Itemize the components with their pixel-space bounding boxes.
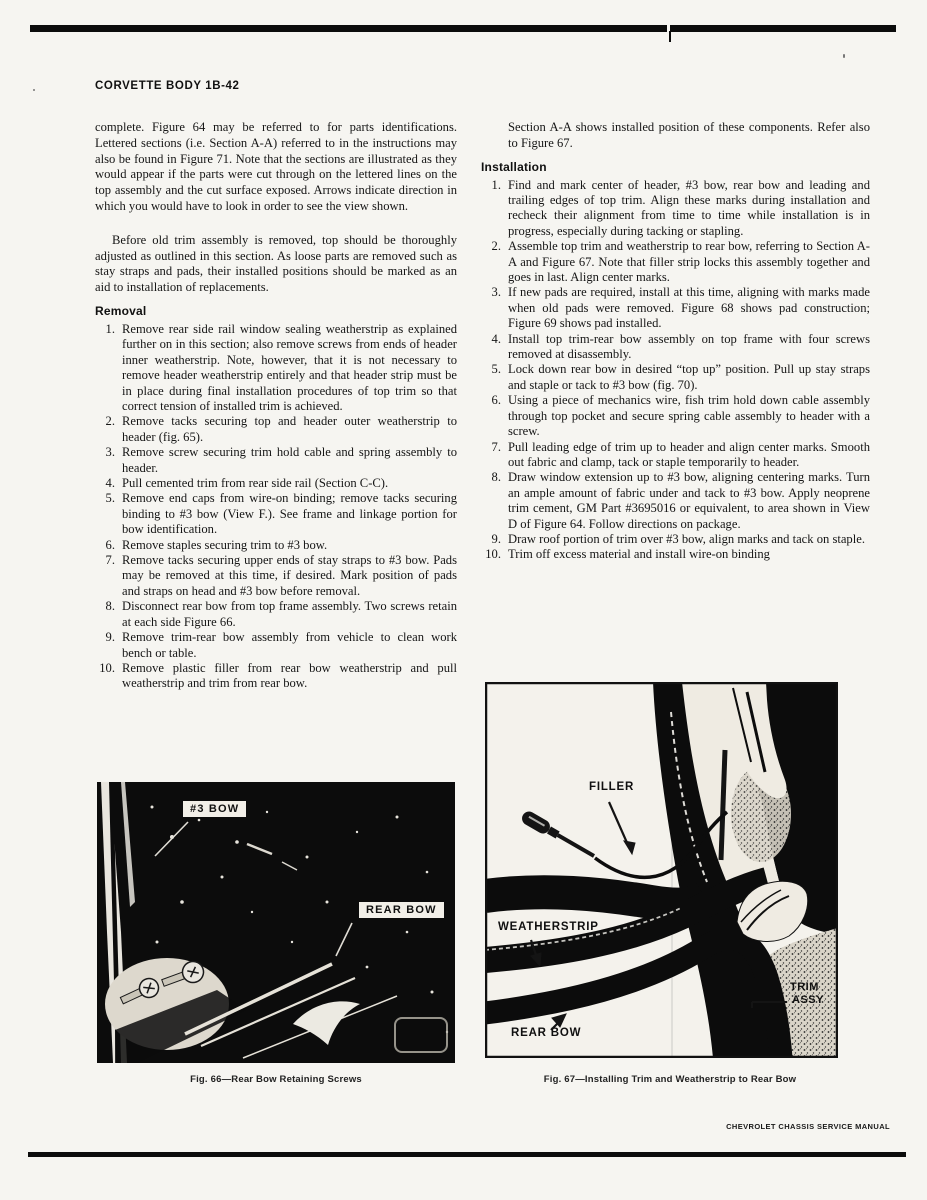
- list-item: 6.Remove staples securing trim to #3 bow…: [95, 538, 457, 553]
- list-item-number: 2.: [481, 239, 508, 285]
- list-item-text: Remove end caps from wire-on binding; re…: [122, 491, 457, 537]
- list-item-number: 10.: [95, 661, 122, 692]
- figure-67-caption: Fig. 67—Installing Trim and Weatherstrip…: [475, 1074, 865, 1085]
- list-item-number: 6.: [95, 538, 122, 553]
- list-item: 2.Remove tacks securing top and header o…: [95, 414, 457, 445]
- list-item-text: Pull cemented trim from rear side rail (…: [122, 476, 457, 491]
- list-item: 4.Install top trim-rear bow assembly on …: [481, 332, 870, 363]
- list-item-text: Using a piece of mechanics wire, fish tr…: [508, 393, 870, 439]
- installation-heading: Installation: [481, 160, 870, 174]
- bottom-rule: [28, 1152, 906, 1157]
- list-item: 1.Find and mark center of header, #3 bow…: [481, 178, 870, 240]
- rear-bow-callout: REAR BOW: [359, 902, 444, 918]
- list-item: 1.Remove rear side rail window sealing w…: [95, 322, 457, 414]
- trim-assy-callout-line2: ASSY: [792, 994, 824, 1006]
- list-item: 7.Remove tacks securing upper ends of st…: [95, 553, 457, 599]
- figure-66-art: [97, 782, 455, 1063]
- list-item-text: Remove tacks securing top and header out…: [122, 414, 457, 445]
- list-item: 10.Trim off excess material and install …: [481, 547, 870, 562]
- top-rule: [30, 25, 896, 32]
- figure-66-caption: Fig. 66—Rear Bow Retaining Screws: [97, 1074, 455, 1085]
- list-item-number: 7.: [95, 553, 122, 599]
- top-rule-tick: [669, 31, 671, 42]
- list-item-number: 9.: [481, 532, 508, 547]
- list-item: 5.Remove end caps from wire-on binding; …: [95, 491, 457, 537]
- list-item-number: 5.: [95, 491, 122, 537]
- list-item-number: 7.: [481, 440, 508, 471]
- paragraph-continuation: complete. Figure 64 may be referred to f…: [95, 120, 457, 215]
- page-header: CORVETTE BODY 1B-42: [95, 80, 240, 92]
- right-column: Section A-A shows installed position of …: [481, 120, 870, 563]
- list-item: 7.Pull leading edge of trim up to header…: [481, 440, 870, 471]
- scan-speck: [843, 54, 845, 58]
- bow3-callout: #3 BOW: [183, 801, 246, 817]
- scan-speck: [33, 89, 35, 91]
- list-item-text: Lock down rear bow in desired “top up” p…: [508, 362, 870, 393]
- list-item-number: 8.: [95, 599, 122, 630]
- list-item-text: Remove tacks securing upper ends of stay…: [122, 553, 457, 599]
- list-item-text: Remove staples securing trim to #3 bow.: [122, 538, 457, 553]
- list-item-text: Pull leading edge of trim up to header a…: [508, 440, 870, 471]
- weatherstrip-callout: WEATHERSTRIP: [498, 921, 599, 933]
- list-item: 6.Using a piece of mechanics wire, fish …: [481, 393, 870, 439]
- list-item-text: Remove screw securing trim hold cable an…: [122, 445, 457, 476]
- list-item-text: Remove trim-rear bow assembly from vehic…: [122, 630, 457, 661]
- list-item-number: 4.: [481, 332, 508, 363]
- list-item: 4.Pull cemented trim from rear side rail…: [95, 476, 457, 491]
- list-item-number: 5.: [481, 362, 508, 393]
- list-item: 9.Remove trim-rear bow assembly from veh…: [95, 630, 457, 661]
- list-item-number: 10.: [481, 547, 508, 562]
- manual-page: CORVETTE BODY 1B-42 complete. Figure 64 …: [0, 0, 927, 1200]
- list-item-number: 1.: [481, 178, 508, 240]
- installation-list: 1.Find and mark center of header, #3 bow…: [481, 178, 870, 563]
- list-item: 9.Draw roof portion of trim over #3 bow,…: [481, 532, 870, 547]
- list-item-text: Draw roof portion of trim over #3 bow, a…: [508, 532, 870, 547]
- list-item: 2.Assemble top trim and weatherstrip to …: [481, 239, 870, 285]
- list-item: 3.If new pads are required, install at t…: [481, 285, 870, 331]
- list-item: 8.Disconnect rear bow from top frame ass…: [95, 599, 457, 630]
- figure-66-photo: #3 BOW REAR BOW: [97, 782, 455, 1063]
- list-item-number: 4.: [95, 476, 122, 491]
- list-item-text: Remove rear side rail window sealing wea…: [122, 322, 457, 414]
- list-item-number: 1.: [95, 322, 122, 414]
- paragraph-continuation: Section A-A shows installed position of …: [508, 120, 870, 152]
- filler-callout: FILLER: [589, 781, 634, 793]
- list-item-number: 3.: [95, 445, 122, 476]
- figure-67-art: [485, 682, 838, 1058]
- list-item-number: 2.: [95, 414, 122, 445]
- removal-list: 1.Remove rear side rail window sealing w…: [95, 322, 457, 692]
- list-item-text: Disconnect rear bow from top frame assem…: [122, 599, 457, 630]
- list-item: 3.Remove screw securing trim hold cable …: [95, 445, 457, 476]
- rear-bow-callout: REAR BOW: [511, 1027, 581, 1039]
- list-item-text: Remove plastic filler from rear bow weat…: [122, 661, 457, 692]
- figure-67-photo: FILLER WEATHERSTRIP REAR BOW TRIM ASSY: [485, 682, 838, 1058]
- page-footer: CHEVROLET CHASSIS SERVICE MANUAL: [640, 1122, 890, 1131]
- paragraph: Before old trim assembly is removed, top…: [95, 233, 457, 296]
- removal-heading: Removal: [95, 304, 457, 318]
- list-item: 5.Lock down rear bow in desired “top up”…: [481, 362, 870, 393]
- list-item-number: 6.: [481, 393, 508, 439]
- list-item-number: 8.: [481, 470, 508, 532]
- list-item-text: Draw window extension up to #3 bow, alig…: [508, 470, 870, 532]
- trim-assy-callout-line1: TRIM: [790, 981, 819, 993]
- left-column: complete. Figure 64 may be referred to f…: [95, 120, 457, 692]
- list-item-number: 3.: [481, 285, 508, 331]
- list-item: 8.Draw window extension up to #3 bow, al…: [481, 470, 870, 532]
- list-item-number: 9.: [95, 630, 122, 661]
- list-item-text: Find and mark center of header, #3 bow, …: [508, 178, 870, 240]
- list-item: 10.Remove plastic filler from rear bow w…: [95, 661, 457, 692]
- list-item-text: Assemble top trim and weatherstrip to re…: [508, 239, 870, 285]
- list-item-text: If new pads are required, install at thi…: [508, 285, 870, 331]
- list-item-text: Trim off excess material and install wir…: [508, 547, 870, 562]
- list-item-text: Install top trim-rear bow assembly on to…: [508, 332, 870, 363]
